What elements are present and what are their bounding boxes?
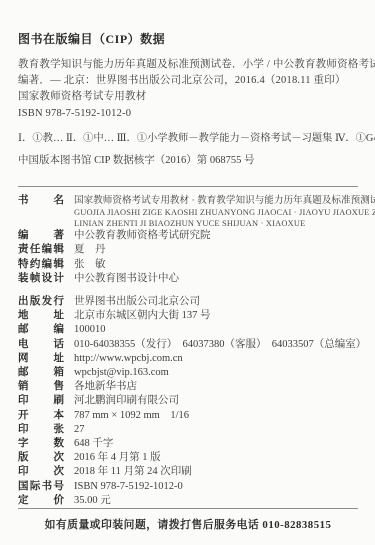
copyright-page: 图书在版编目（CIP）数据 教育教学知识与能力历年真题及标准预测试卷．小学 / …	[0, 0, 375, 545]
field-value: 河北鹏润印刷有限公司	[74, 394, 358, 408]
cip-classification-line: Ⅰ．①教… Ⅱ．①中… Ⅲ．①小学教师－教学能力－资格考试－习题集 Ⅳ．①G45…	[18, 131, 358, 147]
isbn-line: ISBN 978-7-5192-1012-0	[18, 106, 358, 122]
field-label: 邮编	[18, 323, 64, 337]
cip-description: 教育教学知识与能力历年真题及标准预测试卷．小学 / 中公教育教师资格考试研究院 …	[18, 57, 358, 122]
field-label: 电话	[18, 338, 64, 352]
field-value: 张 敏	[74, 258, 358, 272]
cip-description-line: 国家教师资格考试专用教材	[18, 89, 358, 105]
book-info-row: 销售各地新华书店	[18, 380, 358, 394]
book-info-row: 责任编辑夏 丹	[18, 243, 358, 257]
field-label: 邮箱	[18, 366, 64, 380]
field-value: 010-64038355（发行） 64037380（客服） 64033507（总…	[74, 338, 366, 352]
field-value-pinyin: GUOJIA JIAOSHI ZIGE KAOSHI ZHUANYONG JIA…	[74, 208, 375, 219]
field-value: 35.00 元	[74, 494, 358, 508]
field-label: 特约编辑	[18, 258, 64, 272]
field-label: 责任编辑	[18, 243, 64, 257]
field-label: 印次	[18, 465, 64, 479]
field-label: 编著	[18, 229, 64, 243]
field-value: 中公教育图书设计中心	[74, 272, 358, 286]
field-value: 夏 丹	[74, 243, 358, 257]
field-label: 销售	[18, 380, 64, 394]
book-info-row: 邮编100010	[18, 323, 358, 337]
book-info-row: 书名国家教师资格考试专用教材 · 教育教学知识与能力历年真题及标准预测试卷 · …	[18, 194, 358, 229]
field-label: 国际书号	[18, 480, 64, 494]
book-info-row: 特约编辑张 敏	[18, 258, 358, 272]
field-value-pinyin: LINIAN ZHENTI JI BIAOZHUN YUCE SHIJUAN ·…	[74, 219, 375, 230]
field-value: 北京市东城区朝内大街 137 号	[74, 309, 358, 323]
field-value: 2016 年 4 月第 1 版	[74, 451, 358, 465]
book-info-row: 装帧设计中公教育图书设计中心	[18, 272, 358, 286]
field-label: 定价	[18, 494, 64, 508]
field-value: 648 千字	[74, 437, 358, 451]
book-info-list: 书名国家教师资格考试专用教材 · 教育教学知识与能力历年真题及标准预测试卷 · …	[18, 194, 358, 508]
field-label: 开本	[18, 409, 64, 423]
field-value: 100010	[74, 323, 358, 337]
field-label: 版次	[18, 451, 64, 465]
book-info-row: 印次2018 年 11 月第 24 次印刷	[18, 465, 358, 479]
field-label: 印刷	[18, 394, 64, 408]
cip-description-line: 编著．— 北京：世界图书出版公司北京公司，2016.4（2018.11 重印）	[18, 73, 358, 89]
cip-record-line: 中国版本图书馆 CIP 数据核字（2016）第 068755 号	[18, 153, 358, 169]
book-info-row: 出版发行世界图书出版公司北京公司	[18, 295, 358, 309]
service-notice: 如有质量或印装问题，请拨打售后服务电话 010-82838515	[18, 509, 358, 532]
field-value: 787 mm × 1092 mm 1/16	[74, 409, 358, 423]
book-info-row: 网址http://www.wpcbj.com.cn	[18, 352, 358, 366]
book-info-row: 字数648 千字	[18, 437, 358, 451]
book-info-row: 印张27	[18, 423, 358, 437]
field-value: 中公教育教师资格考试研究院	[74, 229, 358, 243]
field-value: ISBN 978-7-5192-1012-0	[74, 480, 358, 494]
cip-heading: 图书在版编目（CIP）数据	[18, 30, 358, 47]
divider-line-top	[18, 186, 358, 187]
book-info-row: 电话010-64038355（发行） 64037380（客服） 64033507…	[18, 338, 358, 352]
field-value: 国家教师资格考试专用教材 · 教育教学知识与能力历年真题及标准预测试卷 · 小学…	[74, 194, 375, 229]
cip-description-line: 教育教学知识与能力历年真题及标准预测试卷．小学 / 中公教育教师资格考试研究院	[18, 57, 358, 73]
field-label: 出版发行	[18, 295, 64, 309]
book-info-row: 国际书号ISBN 978-7-5192-1012-0	[18, 480, 358, 494]
field-label: 字数	[18, 437, 64, 451]
field-value: 2018 年 11 月第 24 次印刷	[74, 465, 358, 479]
field-value: http://www.wpcbj.com.cn	[74, 352, 358, 366]
field-value: 27	[74, 423, 358, 437]
field-value: 各地新华书店	[74, 380, 358, 394]
book-info-row: 定价35.00 元	[18, 494, 358, 508]
field-label: 书名	[18, 194, 64, 208]
book-info-row: 版次2016 年 4 月第 1 版	[18, 451, 358, 465]
field-label: 网址	[18, 352, 64, 366]
book-info-row: 编著中公教育教师资格考试研究院	[18, 229, 358, 243]
field-label: 地址	[18, 309, 64, 323]
field-label: 印张	[18, 423, 64, 437]
field-label: 装帧设计	[18, 272, 64, 286]
book-info-row: 印刷河北鹏润印刷有限公司	[18, 394, 358, 408]
book-info-row: 邮箱wpcbjst@vip.163.com	[18, 366, 358, 380]
book-info-row: 地址北京市东城区朝内大街 137 号	[18, 309, 358, 323]
field-value: wpcbjst@vip.163.com	[74, 366, 358, 380]
book-info-row: 开本787 mm × 1092 mm 1/16	[18, 409, 358, 423]
field-value: 世界图书出版公司北京公司	[74, 295, 358, 309]
